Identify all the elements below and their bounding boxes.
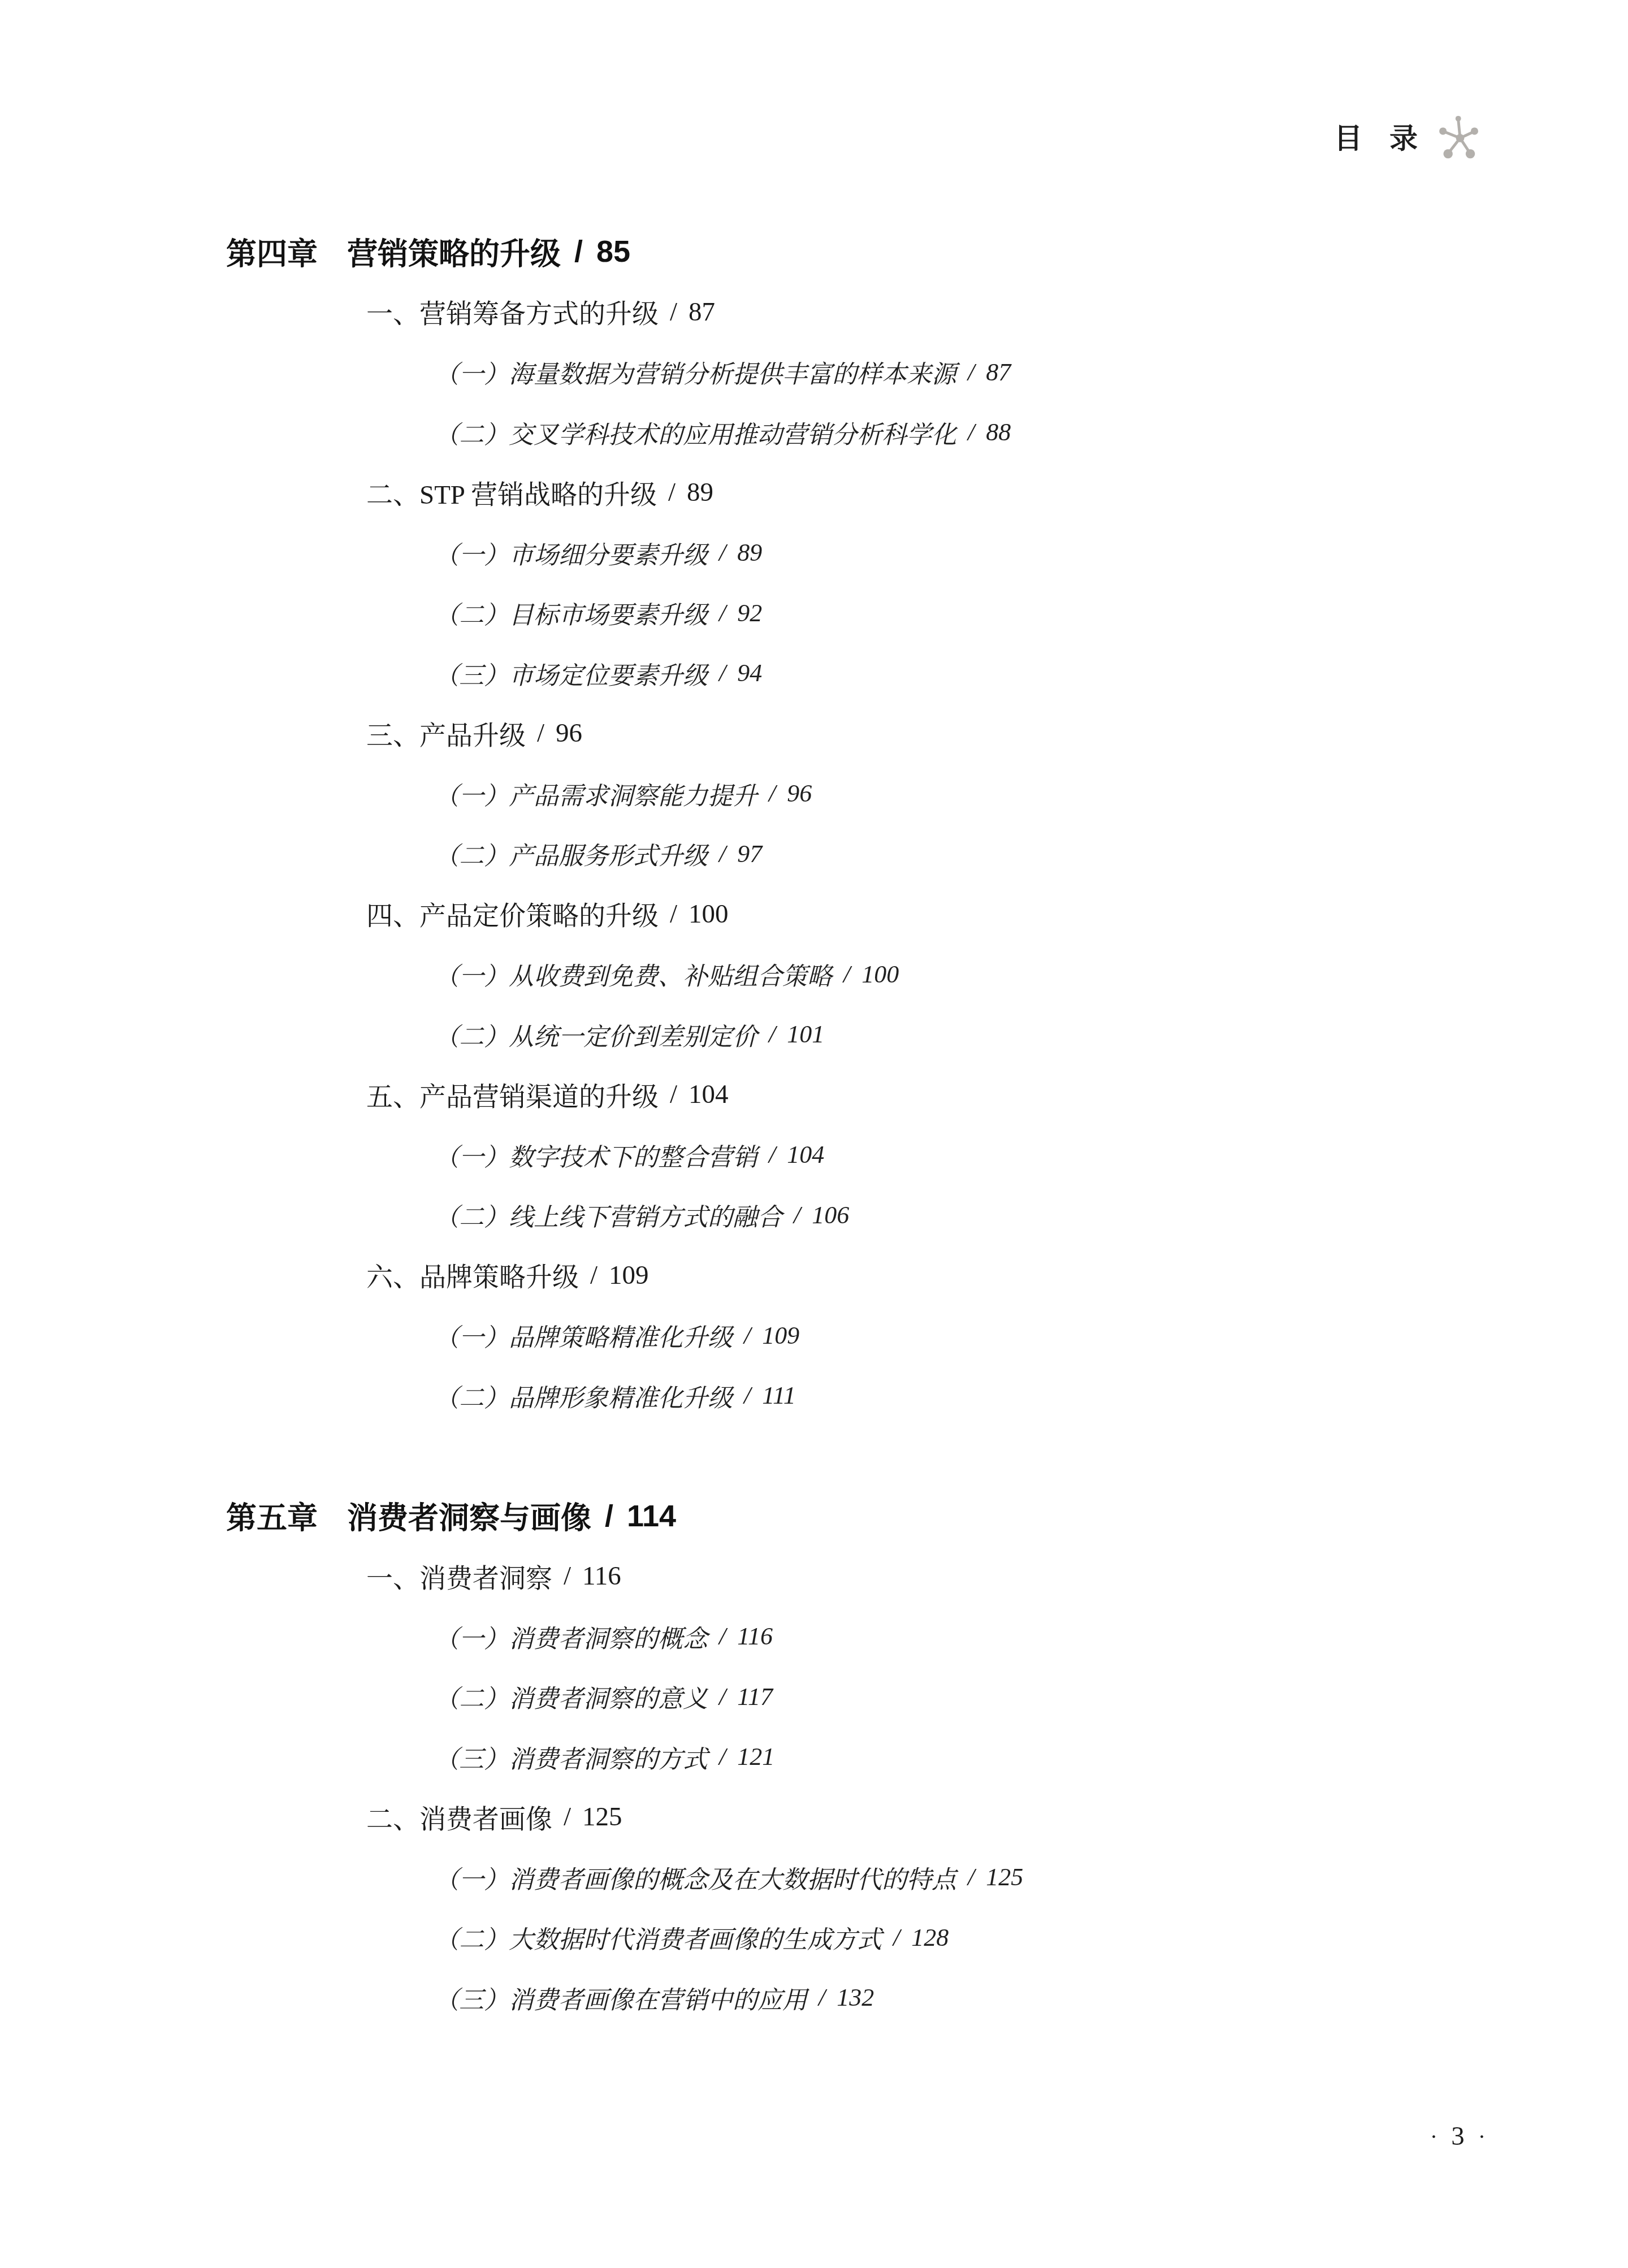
toc-section-entry: 二、STP 营销战略的升级 / 89 xyxy=(0,462,1628,523)
page-separator: / xyxy=(968,358,975,387)
entry-page-number: 109 xyxy=(762,1321,799,1350)
page-separator: / xyxy=(719,599,726,627)
entry-title: 市场细分要素升级 xyxy=(509,535,708,571)
entry-page-number: 89 xyxy=(737,538,762,567)
entry-number: （二） xyxy=(434,1378,509,1414)
page-separator: / xyxy=(968,1863,975,1892)
toc-subsection-entry: （三）消费者洞察的方式 / 121 xyxy=(0,1727,1628,1787)
page-separator: / xyxy=(819,1983,825,2012)
toc-subsection-entry: （二）产品服务形式升级 / 97 xyxy=(0,824,1628,884)
chapter-number: 第五章 xyxy=(226,1494,318,1538)
entry-page-number: 94 xyxy=(737,659,762,687)
entry-title: 品牌形象精准化升级 xyxy=(509,1378,733,1414)
toc-subsection-entry: （二）线上线下营销方式的融合 / 106 xyxy=(0,1185,1628,1245)
page-separator: / xyxy=(719,1742,726,1771)
entry-number: （二） xyxy=(434,1678,509,1715)
toc-section-entry: 四、产品定价策略的升级 / 100 xyxy=(0,884,1628,945)
entry-page-number: 88 xyxy=(986,418,1011,447)
page-separator: / xyxy=(719,538,726,567)
toc-subsection-entry: （二）从统一定价到差别定价 / 101 xyxy=(0,1005,1628,1065)
page-separator: / xyxy=(719,1682,726,1711)
entry-title: 产品升级 xyxy=(419,715,526,752)
entry-page-number: 104 xyxy=(787,1140,824,1169)
entry-page-number: 121 xyxy=(737,1742,774,1771)
entry-title: 品牌策略精准化升级 xyxy=(509,1317,733,1353)
entry-number: （一） xyxy=(434,956,509,992)
entry-page-number: 132 xyxy=(837,1983,874,2012)
entry-page-number: 125 xyxy=(986,1863,1023,1892)
entry-title: 消费者洞察的方式 xyxy=(509,1739,708,1775)
folio-dot-right: · xyxy=(1478,2123,1486,2150)
entry-title: 从收费到免费、补贴组合策略 xyxy=(509,956,832,992)
toc-subsection-entry: （一）市场细分要素升级 / 89 xyxy=(0,523,1628,583)
page-separator: / xyxy=(564,1561,571,1591)
entry-number: 四、 xyxy=(366,895,419,933)
toc-subsection-entry: （三）市场定位要素升级 / 94 xyxy=(0,643,1628,704)
entry-title: 线上线下营销方式的融合 xyxy=(509,1197,782,1233)
entry-page-number: 96 xyxy=(556,718,582,748)
entry-page-number: 111 xyxy=(762,1381,795,1410)
entry-page-number: 101 xyxy=(787,1020,824,1049)
entry-number: （二） xyxy=(434,1919,509,1955)
toc-header-char: 录 xyxy=(1389,116,1418,157)
entry-title: 品牌策略升级 xyxy=(419,1256,579,1294)
entry-page-number: 92 xyxy=(737,599,762,627)
entry-title: STP 营销战略的升级 xyxy=(419,474,657,512)
entry-number: （二） xyxy=(434,1016,509,1053)
folio-dot-left: · xyxy=(1430,2123,1438,2150)
entry-number: （三） xyxy=(434,1980,509,2016)
entry-number: 二、 xyxy=(366,474,419,512)
entry-number: （一） xyxy=(434,354,509,390)
toc-subsection-entry: （一）消费者画像的概念及在大数据时代的特点 / 125 xyxy=(0,1847,1628,1908)
entry-title: 消费者画像 xyxy=(419,1798,552,1836)
page-separator: / xyxy=(590,1260,597,1291)
entry-page-number: 87 xyxy=(689,297,715,327)
entry-number: （一） xyxy=(434,1317,509,1353)
page-separator: / xyxy=(744,1321,751,1350)
page-separator: / xyxy=(769,1020,776,1049)
toc-subsection-entry: （一）海量数据为营销分析提供丰富的样本来源 / 87 xyxy=(0,342,1628,402)
chapter-page-number: 85 xyxy=(596,234,630,269)
entry-page-number: 106 xyxy=(812,1201,849,1230)
toc-section-entry: 六、品牌策略升级 / 109 xyxy=(0,1245,1628,1306)
entry-title: 交叉学科技术的应用推动营销分析科学化 xyxy=(509,414,956,451)
entry-page-number: 116 xyxy=(737,1622,773,1651)
toc-subsection-entry: （二）消费者洞察的意义 / 117 xyxy=(0,1667,1628,1727)
entry-title: 产品需求洞察能力提升 xyxy=(509,776,757,812)
toc-subsection-entry: （二）大数据时代消费者画像的生成方式 / 128 xyxy=(0,1907,1628,1968)
entry-title: 消费者画像的概念及在大数据时代的特点 xyxy=(509,1859,956,1895)
page-separator: / xyxy=(564,1802,571,1832)
entry-title: 产品服务形式升级 xyxy=(509,836,708,872)
entry-page-number: 96 xyxy=(787,779,812,808)
entry-page-number: 117 xyxy=(737,1682,773,1711)
entry-page-number: 100 xyxy=(861,960,899,989)
chapter-number: 第四章 xyxy=(226,230,318,274)
chapter-page-number: 114 xyxy=(627,1499,676,1534)
entry-number: 三、 xyxy=(366,715,419,752)
entry-title: 消费者洞察 xyxy=(419,1557,552,1595)
entry-title: 消费者洞察的概念 xyxy=(509,1618,708,1655)
entry-number: 五、 xyxy=(366,1076,419,1114)
page-separator: / xyxy=(744,1381,751,1410)
folio: · 3 · xyxy=(1430,2121,1486,2152)
entry-page-number: 87 xyxy=(986,358,1011,387)
toc-section-entry: 一、营销筹备方式的升级 / 87 xyxy=(0,282,1628,343)
page-separator: / xyxy=(574,234,583,269)
entry-number: （一） xyxy=(434,535,509,571)
page-separator: / xyxy=(605,1499,613,1534)
molecule-icon xyxy=(1437,112,1483,161)
toc-section-entry: 五、产品营销渠道的升级 / 104 xyxy=(0,1064,1628,1125)
entry-title: 从统一定价到差别定价 xyxy=(509,1016,757,1053)
toc-subsection-entry: （一）数字技术下的整合营销 / 104 xyxy=(0,1125,1628,1185)
page-separator: / xyxy=(719,1622,726,1651)
toc-subsection-entry: （二）目标市场要素升级 / 92 xyxy=(0,583,1628,643)
toc-subsection-entry: （二）品牌形象精准化升级 / 111 xyxy=(0,1366,1628,1426)
entry-page-number: 104 xyxy=(689,1079,729,1110)
entry-page-number: 109 xyxy=(609,1260,649,1291)
toc-header-char: 目 xyxy=(1334,116,1362,157)
page-separator: / xyxy=(668,477,676,508)
page-separator: / xyxy=(719,659,726,687)
toc-section-entry: 三、产品升级 / 96 xyxy=(0,703,1628,764)
chapter-heading: 第五章 消费者洞察与画像 / 114 xyxy=(0,1486,1628,1547)
toc-header-title: 目 录 xyxy=(1334,116,1418,157)
entry-title: 消费者画像在营销中的应用 xyxy=(509,1980,807,2016)
page-separator: / xyxy=(968,418,975,447)
toc-subsection-entry: （一）产品需求洞察能力提升 / 96 xyxy=(0,764,1628,824)
page-separator: / xyxy=(769,1140,776,1169)
chapter-title: 营销策略的升级 xyxy=(347,230,561,274)
toc-subsection-entry: （一）从收费到免费、补贴组合策略 / 100 xyxy=(0,944,1628,1005)
table-of-contents: 第四章 营销策略的升级 / 85 一、营销筹备方式的升级 / 87 （一）海量数… xyxy=(0,222,1628,2028)
entry-title: 营销筹备方式的升级 xyxy=(419,293,659,331)
entry-number: 二、 xyxy=(366,1798,419,1836)
toc-subsection-entry: （一）品牌策略精准化升级 / 109 xyxy=(0,1305,1628,1366)
entry-number: 一、 xyxy=(366,293,419,331)
toc-subsection-entry: （二）交叉学科技术的应用推动营销分析科学化 / 88 xyxy=(0,402,1628,463)
entry-number: 一、 xyxy=(366,1557,419,1595)
entry-number: （一） xyxy=(434,1137,509,1173)
page-separator: / xyxy=(893,1923,900,1952)
entry-number: （二） xyxy=(434,1197,509,1233)
page-header: 目 录 xyxy=(1334,112,1483,161)
entry-number: （一） xyxy=(434,776,509,812)
toc-subsection-entry: （三）消费者画像在营销中的应用 / 132 xyxy=(0,1968,1628,2028)
entry-page-number: 116 xyxy=(582,1561,621,1591)
entry-page-number: 128 xyxy=(911,1923,949,1952)
toc-section-entry: 一、消费者洞察 / 116 xyxy=(0,1546,1628,1607)
page-separator: / xyxy=(719,839,726,868)
entry-title: 消费者洞察的意义 xyxy=(509,1678,708,1715)
entry-number: （二） xyxy=(434,414,509,451)
entry-number: （三） xyxy=(434,655,509,691)
entry-title: 数字技术下的整合营销 xyxy=(509,1137,757,1173)
entry-number: （一） xyxy=(434,1859,509,1895)
entry-title: 产品定价策略的升级 xyxy=(419,895,659,933)
entry-title: 目标市场要素升级 xyxy=(509,595,708,631)
entry-number: 六、 xyxy=(366,1256,419,1294)
entry-page-number: 100 xyxy=(689,899,729,929)
entry-title: 市场定位要素升级 xyxy=(509,655,708,691)
page-separator: / xyxy=(670,1079,677,1110)
entry-title: 大数据时代消费者画像的生成方式 xyxy=(509,1919,882,1955)
chapter-heading: 第四章 营销策略的升级 / 85 xyxy=(0,222,1628,282)
page-separator: / xyxy=(670,899,677,929)
page-separator: / xyxy=(537,718,544,748)
chapter-title: 消费者洞察与画像 xyxy=(347,1494,591,1538)
page-separator: / xyxy=(843,960,850,989)
toc-section-entry: 二、消费者画像 / 125 xyxy=(0,1787,1628,1847)
page-separator: / xyxy=(670,297,677,327)
entry-number: （二） xyxy=(434,595,509,631)
toc-subsection-entry: （一）消费者洞察的概念 / 116 xyxy=(0,1607,1628,1667)
folio-page-number: 3 xyxy=(1451,2121,1465,2152)
page-separator: / xyxy=(794,1201,800,1230)
entry-number: （一） xyxy=(434,1618,509,1655)
entry-title: 产品营销渠道的升级 xyxy=(419,1076,659,1114)
entry-page-number: 97 xyxy=(737,839,762,868)
entry-number: （二） xyxy=(434,836,509,872)
entry-number: （三） xyxy=(434,1739,509,1775)
entry-title: 海量数据为营销分析提供丰富的样本来源 xyxy=(509,354,956,390)
page-separator: / xyxy=(769,779,776,808)
entry-page-number: 125 xyxy=(582,1802,622,1832)
entry-page-number: 89 xyxy=(687,477,713,508)
